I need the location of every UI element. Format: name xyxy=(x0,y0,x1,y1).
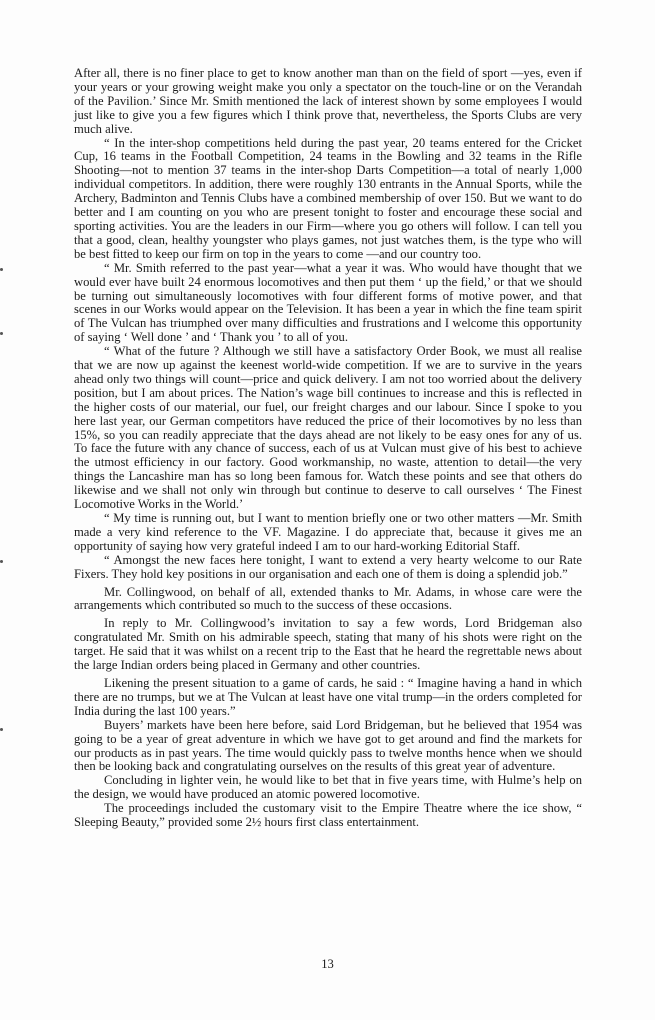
paragraph: “ Mr. Smith referred to the past year—wh… xyxy=(74,262,582,345)
binding-hole-mark xyxy=(0,268,3,271)
document-body: After all, there is no finer place to ge… xyxy=(74,67,582,830)
paragraph: Concluding in lighter vein, he would lik… xyxy=(74,774,582,802)
binding-hole-mark xyxy=(0,560,3,563)
page-number: 13 xyxy=(0,957,655,972)
paragraph: Buyers’ markets have been here before, s… xyxy=(74,719,582,775)
paragraph: Mr. Collingwood, on behalf of all, exten… xyxy=(74,586,582,614)
paragraph: After all, there is no finer place to ge… xyxy=(74,67,582,137)
binding-hole-mark xyxy=(0,728,3,731)
paragraph: Likening the present situation to a game… xyxy=(74,677,582,719)
paragraph: The proceedings included the customary v… xyxy=(74,802,582,830)
paragraph: “ In the inter-shop competitions held du… xyxy=(74,137,582,262)
paragraph: In reply to Mr. Collingwood’s invitation… xyxy=(74,617,582,673)
paragraph: “ What of the future ? Although we still… xyxy=(74,345,582,512)
paragraph: “ Amongst the new faces here tonight, I … xyxy=(74,554,582,582)
binding-hole-mark xyxy=(0,332,3,335)
paragraph: “ My time is running out, but I want to … xyxy=(74,512,582,554)
